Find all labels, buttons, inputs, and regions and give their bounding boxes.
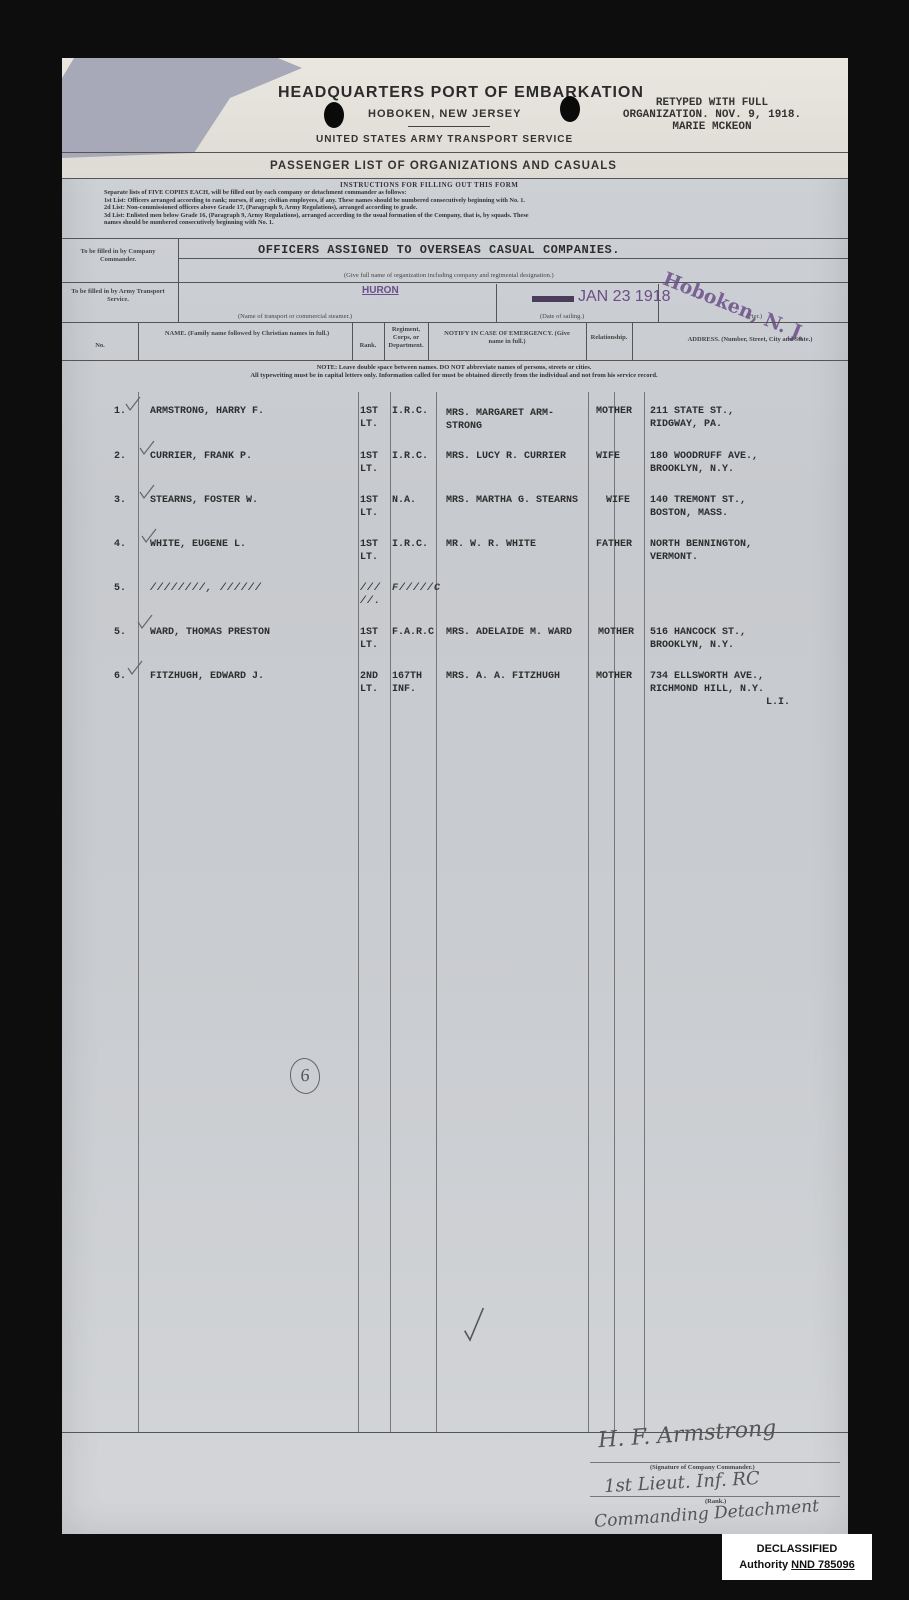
address-line: RICHMOND HILL, N.Y. — [650, 683, 790, 696]
regiment-line: 167TH — [392, 670, 422, 683]
row-address: 140 TREMONT ST.,BOSTON, MASS. — [650, 494, 746, 520]
row-rank: 1STLT. — [360, 494, 378, 520]
address-line: 140 TREMONT ST., — [650, 494, 746, 507]
row-regiment: I.R.C. — [392, 405, 428, 418]
row-regiment: I.R.C. — [392, 450, 428, 463]
retyped-line: ORGANIZATION. NOV. 9, 1918. — [592, 109, 832, 121]
row-name: WARD, THOMAS PRESTON — [150, 626, 270, 639]
steamer-stamp: HURON — [362, 285, 399, 296]
address-line: BROOKLYN, N.Y. — [650, 463, 758, 476]
row-rank: 1STLT. — [360, 626, 378, 652]
divider — [658, 284, 659, 322]
regiment-line: INF. — [392, 683, 422, 696]
rank-line: LT. — [360, 463, 378, 476]
row-name: FITZHUGH, EDWARD J. — [150, 670, 264, 683]
checkmark-icon — [138, 440, 156, 456]
address-line: L.I. — [650, 696, 790, 709]
punch-hole-icon — [324, 102, 344, 128]
row-name: ARMSTRONG, HARRY F. — [150, 405, 264, 418]
document-page — [62, 58, 848, 1534]
rank-line: 1ST — [360, 450, 378, 463]
authority-id: NND 785096 — [791, 1559, 855, 1571]
notify-line: STRONG — [446, 420, 554, 433]
row-relationship: MOTHER — [598, 626, 634, 639]
rank-line: LT. — [360, 551, 378, 564]
rank-line: 1ST — [360, 494, 378, 507]
row-relationship: MOTHER — [596, 670, 632, 683]
instruction-line: names should be numbered consecutively b… — [104, 219, 834, 227]
row-name: CURRIER, FRANK P. — [150, 450, 252, 463]
row-notify: MRS. MARGARET ARM-STRONG — [446, 407, 554, 433]
retyped-line: MARIE MCKEON — [592, 121, 832, 133]
col-header-notify: NOTIFY IN CASE OF EMERGENCY. (Give name … — [436, 330, 578, 346]
row-regiment: N.A. — [392, 494, 416, 507]
checkmark-icon — [124, 396, 142, 412]
authority-text: Authority NND 785096 — [722, 1559, 872, 1571]
note-line: NOTE: Leave double space between names. … — [64, 364, 844, 372]
checkmark-icon — [140, 528, 158, 544]
divider — [352, 322, 353, 360]
row-no: 5. — [114, 582, 126, 595]
instructions-text: Separate lists of FIVE COPIES EACH, will… — [104, 189, 834, 227]
organization-caption: (Give full name of organization includin… — [344, 272, 554, 279]
row-regiment: F.A.R.C — [392, 626, 434, 639]
row-notify: MRS. LUCY R. CURRIER — [446, 450, 566, 463]
table-row: 6. FITZHUGH, EDWARD J. 2NDLT. 167THINF. … — [0, 670, 909, 710]
divider — [586, 322, 587, 360]
hq-service: UNITED STATES ARMY TRANSPORT SERVICE — [316, 134, 573, 145]
authority-label: Authority — [739, 1559, 788, 1571]
rank-line: LT. — [360, 639, 378, 652]
rank-line: LT. — [360, 507, 378, 520]
retyped-line: RETYPED WITH FULL — [592, 97, 832, 109]
notify-line: MRS. MARGARET ARM- — [446, 407, 554, 420]
address-line: 734 ELLSWORTH AVE., — [650, 670, 790, 683]
row-address: 734 ELLSWORTH AVE.,RICHMOND HILL, N.Y.L.… — [650, 670, 790, 709]
table-row: 2. CURRIER, FRANK P. 1STLT. I.R.C. MRS. … — [0, 450, 909, 490]
rank-line: 2ND — [360, 670, 378, 683]
divider — [62, 360, 848, 361]
row-regiment-struck: F/////C — [392, 582, 441, 595]
instruction-line: 2d List: Non-commissioned officers above… — [104, 204, 834, 212]
row-no: 4. — [114, 538, 126, 551]
col-header-name: NAME. (Family name followed by Christian… — [142, 330, 352, 338]
steamer-caption: (Name of transport or commercial steamer… — [238, 313, 352, 320]
divider — [408, 126, 490, 127]
row-address: 211 STATE ST.,RIDGWAY, PA. — [650, 405, 734, 431]
row-relationship: WIFE — [596, 450, 620, 463]
declassified-text: DECLASSIFIED — [722, 1543, 872, 1555]
rank-line: 1ST — [360, 538, 378, 551]
row-no: 3. — [114, 494, 126, 507]
rank-line: //. — [360, 595, 381, 608]
instructions-title: INSTRUCTIONS FOR FILLING OUT THIS FORM — [340, 181, 518, 189]
row-address: 516 HANCOCK ST.,BROOKLYN, N.Y. — [650, 626, 746, 652]
declassified-label: DECLASSIFIED Authority NND 785096 — [722, 1534, 872, 1580]
col-header-rank: Rank. — [352, 342, 384, 350]
address-line: 180 WOODRUFF AVE., — [650, 450, 758, 463]
checkmark-icon — [136, 614, 154, 630]
checkmark-icon — [462, 1306, 486, 1342]
row-name-struck: ////////, ////// — [150, 582, 262, 595]
redaction-mark — [532, 296, 574, 302]
row-notify: MRS. A. A. FITZHUGH — [446, 670, 560, 683]
address-line: NORTH BENNINGTON, — [650, 538, 752, 551]
sailing-caption: (Date of sailing.) — [540, 313, 584, 320]
note-line: All typewriting must be in capital lette… — [64, 372, 844, 380]
checkmark-icon — [138, 484, 156, 500]
divider — [62, 322, 848, 323]
divider — [178, 238, 179, 323]
row-notify: MR. W. R. WHITE — [446, 538, 536, 551]
rank-line: 1ST — [360, 405, 378, 418]
retyped-note: RETYPED WITH FULL ORGANIZATION. NOV. 9, … — [592, 97, 832, 133]
company-section-label: To be filled in by Company Commander. — [62, 248, 174, 264]
address-line: BROOKLYN, N.Y. — [650, 639, 746, 652]
row-rank: 1STLT. — [360, 405, 378, 431]
sailing-date-stamp: JAN 23 1918 — [578, 288, 671, 306]
address-line: VERMONT. — [650, 551, 752, 564]
row-relationship: MOTHER — [596, 405, 632, 418]
divider — [178, 258, 848, 259]
col-header-regiment: Regiment, Corps, or Department. — [384, 326, 428, 350]
row-notify: MRS. MARTHA G. STEARNS — [446, 494, 578, 507]
address-line: 516 HANCOCK ST., — [650, 626, 746, 639]
instruction-line: 1st List: Officers arranged according to… — [104, 197, 834, 205]
rank-line: /// — [360, 582, 381, 595]
address-line: BOSTON, MASS. — [650, 507, 746, 520]
rank-line: LT. — [360, 683, 378, 696]
col-header-relationship: Relationship. — [586, 334, 632, 342]
row-name: WHITE, EUGENE L. — [150, 538, 246, 551]
instruction-line: 3d List: Enlisted men below Grade 16, (P… — [104, 212, 834, 220]
signature-line — [590, 1462, 840, 1463]
address-line: 211 STATE ST., — [650, 405, 734, 418]
row-relationship: WIFE — [606, 494, 630, 507]
divider — [62, 238, 848, 239]
divider — [62, 152, 848, 153]
row-relationship: FATHER — [596, 538, 632, 551]
divider — [496, 284, 497, 322]
row-rank-struck: /////. — [360, 582, 381, 608]
divider — [62, 178, 848, 179]
row-no: 2. — [114, 450, 126, 463]
row-notify: MRS. ADELAIDE M. WARD — [446, 626, 572, 639]
divider — [138, 322, 139, 360]
row-rank: 2NDLT. — [360, 670, 378, 696]
table-row: 4. WHITE, EUGENE L. 1STLT. I.R.C. MR. W.… — [0, 538, 909, 578]
row-address: NORTH BENNINGTON,VERMONT. — [650, 538, 752, 564]
divider — [62, 282, 848, 283]
hq-location: HOBOKEN, NEW JERSEY — [368, 108, 521, 120]
row-regiment: 167THINF. — [392, 670, 422, 696]
rank-line: 1ST — [360, 626, 378, 639]
row-rank: 1STLT. — [360, 450, 378, 476]
row-no: 6. — [114, 670, 126, 683]
row-rank: 1STLT. — [360, 538, 378, 564]
col-header-no: No. — [62, 342, 138, 350]
col-header-address: ADDRESS. (Number, Street, City and State… — [660, 336, 840, 344]
rank-line: LT. — [360, 418, 378, 431]
divider — [428, 322, 429, 360]
hq-title: HEADQUARTERS PORT OF EMBARKATION — [278, 84, 644, 102]
row-regiment: I.R.C. — [392, 538, 428, 551]
table-row: 3. STEARNS, FOSTER W. 1STLT. N.A. MRS. M… — [0, 494, 909, 534]
checkmark-icon — [126, 660, 144, 676]
row-no: 5. — [114, 626, 126, 639]
row-name: STEARNS, FOSTER W. — [150, 494, 258, 507]
instruction-line: Separate lists of FIVE COPIES EACH, will… — [104, 189, 834, 197]
transport-section-label: To be filled in by Army Transport Servic… — [62, 288, 174, 304]
row-address: 180 WOODRUFF AVE.,BROOKLYN, N.Y. — [650, 450, 758, 476]
form-title: PASSENGER LIST OF ORGANIZATIONS AND CASU… — [270, 160, 617, 172]
divider — [632, 322, 633, 360]
punch-hole-icon — [560, 96, 580, 122]
organization-name: OFFICERS ASSIGNED TO OVERSEAS CASUAL COM… — [258, 243, 620, 257]
address-line: RIDGWAY, PA. — [650, 418, 734, 431]
divider — [384, 322, 385, 360]
